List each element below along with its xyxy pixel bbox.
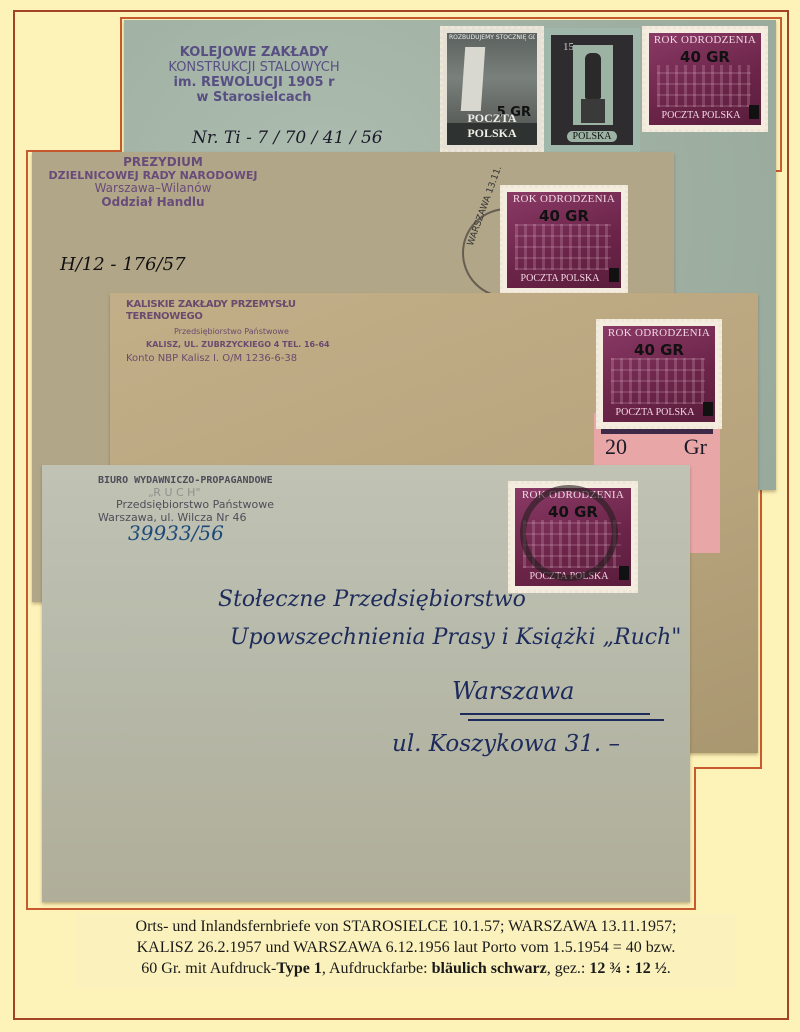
mount-line bbox=[120, 17, 782, 19]
cachet-line: BIURO WYDAWNICZO-PROPAGANDOWE bbox=[98, 475, 338, 487]
ship-illustration bbox=[461, 47, 485, 111]
stamp-caption: ROZBUDUJEMY STOCZNIĘ GDAŃSKĄ bbox=[449, 34, 535, 41]
column-base bbox=[581, 99, 605, 123]
caption-perforation: 12 ¾ : 12 ½ bbox=[589, 960, 666, 977]
stamp-value: 20 bbox=[605, 434, 627, 460]
stamp-shipyard-5gr: ROZBUDUJEMY STOCZNIĘ GDAŃSKĄ 5 GR POCZTA… bbox=[440, 26, 544, 152]
envelope-warszawa-ruch: BIURO WYDAWNICZO-PROPAGANDOWE „R U C H" … bbox=[42, 465, 690, 902]
stamp-country: POLSKA bbox=[567, 131, 617, 142]
sender-cachet: BIURO WYDAWNICZO-PROPAGANDOWE „R U C H" … bbox=[98, 475, 338, 524]
stamp-sigismund-column: 15 POLSKA bbox=[544, 28, 640, 152]
address-line-1: Stołeczne Przedsiębiorstwo bbox=[218, 587, 526, 612]
sender-cachet: KALISKIE ZAKŁADY PRZEMYSŁU TERENOWEGO Pr… bbox=[126, 299, 366, 365]
stamp-country: POCZTA POLSKA bbox=[447, 111, 537, 141]
arcade-illustration bbox=[611, 358, 705, 404]
overprint-block bbox=[703, 402, 713, 416]
city-underline bbox=[460, 713, 650, 715]
stamp-overprint: 40 GR bbox=[649, 48, 761, 66]
handwritten-reference: Nr. Ti - 7 / 70 / 41 / 56 bbox=[192, 128, 383, 148]
caption-color: bläulich schwarz bbox=[432, 960, 547, 977]
address-street: ul. Koszykowa 31. – bbox=[392, 731, 620, 757]
stamp-country: POCZTA POLSKA bbox=[649, 110, 753, 121]
caption-type: Type 1 bbox=[276, 960, 321, 977]
overprint-block bbox=[749, 105, 759, 119]
cachet-line: Konto NBP Kalisz I. O/M 1236-6-38 bbox=[126, 353, 366, 365]
address-line-2: Upowszechnienia Prasy i Książki „Ruch" bbox=[230, 625, 681, 650]
caption-line-2: KALISZ 26.2.1957 und WARSZAWA 6.12.1956 … bbox=[76, 937, 736, 958]
mount-line bbox=[26, 908, 696, 910]
cachet-line: Warszawa–Wilanów bbox=[38, 182, 268, 196]
caption-text: , gez.: bbox=[547, 960, 590, 977]
mount-line bbox=[120, 17, 122, 152]
caption-text: 60 Gr. mit Aufdruck- bbox=[141, 960, 276, 977]
statue-figure bbox=[585, 53, 601, 99]
arcade-illustration bbox=[657, 65, 751, 107]
overprint-block bbox=[619, 566, 629, 580]
cachet-line: KALISKIE ZAKŁADY PRZEMYSŁU TERENOWEGO bbox=[126, 299, 366, 322]
stamp-caption: ROK ODRODZENIA bbox=[507, 193, 621, 205]
sender-cachet: PREZYDIUM DZIELNICOWEJ RADY NARODOWEJ Wa… bbox=[38, 156, 268, 210]
address-city: Warszawa bbox=[452, 677, 574, 705]
cachet-line: PREZYDIUM bbox=[38, 156, 268, 170]
stamp-country: POCZTA POLSKA bbox=[507, 273, 613, 284]
caption-line-1: Orts- und Inlandsfernbriefe von STAROSIE… bbox=[76, 916, 736, 937]
stamp-overprint: 40 GR bbox=[603, 341, 715, 359]
handwritten-reference: H/12 - 176/57 bbox=[60, 254, 186, 275]
mount-line bbox=[780, 17, 782, 172]
stamp-rok-odrodzenia-40gr: ROK ODRODZENIA 40 GR POCZTA POLSKA bbox=[596, 319, 722, 429]
stamp-country: POCZTA POLSKA bbox=[603, 407, 707, 418]
stamp-rok-odrodzenia-40gr: ROK ODRODZENIA 40 GR POCZTA POLSKA bbox=[500, 185, 628, 295]
overprint-block bbox=[609, 268, 619, 282]
cachet-line: Oddział Handlu bbox=[38, 196, 268, 210]
stamp-value-unit: Gr bbox=[684, 434, 707, 460]
stamp-caption: ROK ODRODZENIA bbox=[603, 327, 715, 339]
caption-text: , Aufdruckfarbe: bbox=[322, 960, 432, 977]
stamp-rok-odrodzenia-40gr: ROK ODRODZENIA 40 GR POCZTA POLSKA bbox=[642, 26, 768, 132]
sender-cachet: KOLEJOWE ZAKŁADY KONSTRUKCJI STALOWYCH i… bbox=[144, 46, 364, 106]
postmark-warszawa bbox=[520, 485, 618, 581]
mount-line bbox=[694, 767, 762, 769]
mount-line bbox=[26, 150, 28, 910]
stamp-overprint: 40 GR bbox=[507, 207, 621, 225]
cachet-line: Przedsiębiorstwo Państwowe bbox=[126, 327, 366, 336]
cachet-line: Przedsiębiorstwo Państwowe bbox=[98, 499, 338, 512]
city-underline bbox=[468, 719, 664, 721]
mount-line bbox=[694, 768, 696, 910]
caption-text: . bbox=[667, 960, 671, 977]
handwritten-reference: 39933/56 bbox=[128, 521, 224, 545]
cachet-line: KOLEJOWE ZAKŁADY bbox=[144, 46, 364, 61]
cachet-line: KALISZ, UL. ZUBRZYCKIEGO 4 TEL. 16-64 bbox=[126, 340, 366, 349]
stamp-caption: ROK ODRODZENIA bbox=[649, 34, 761, 46]
caption: Orts- und Inlandsfernbriefe von STAROSIE… bbox=[76, 914, 736, 988]
cachet-line: KONSTRUKCJI STALOWYCH bbox=[144, 61, 364, 76]
cachet-line: im. REWOLUCJI 1905 r bbox=[144, 76, 364, 91]
cachet-line: w Starosielcach bbox=[144, 91, 364, 106]
caption-line-3: 60 Gr. mit Aufdruck-Type 1, Aufdruckfarb… bbox=[76, 958, 736, 979]
arcade-illustration bbox=[515, 224, 611, 270]
